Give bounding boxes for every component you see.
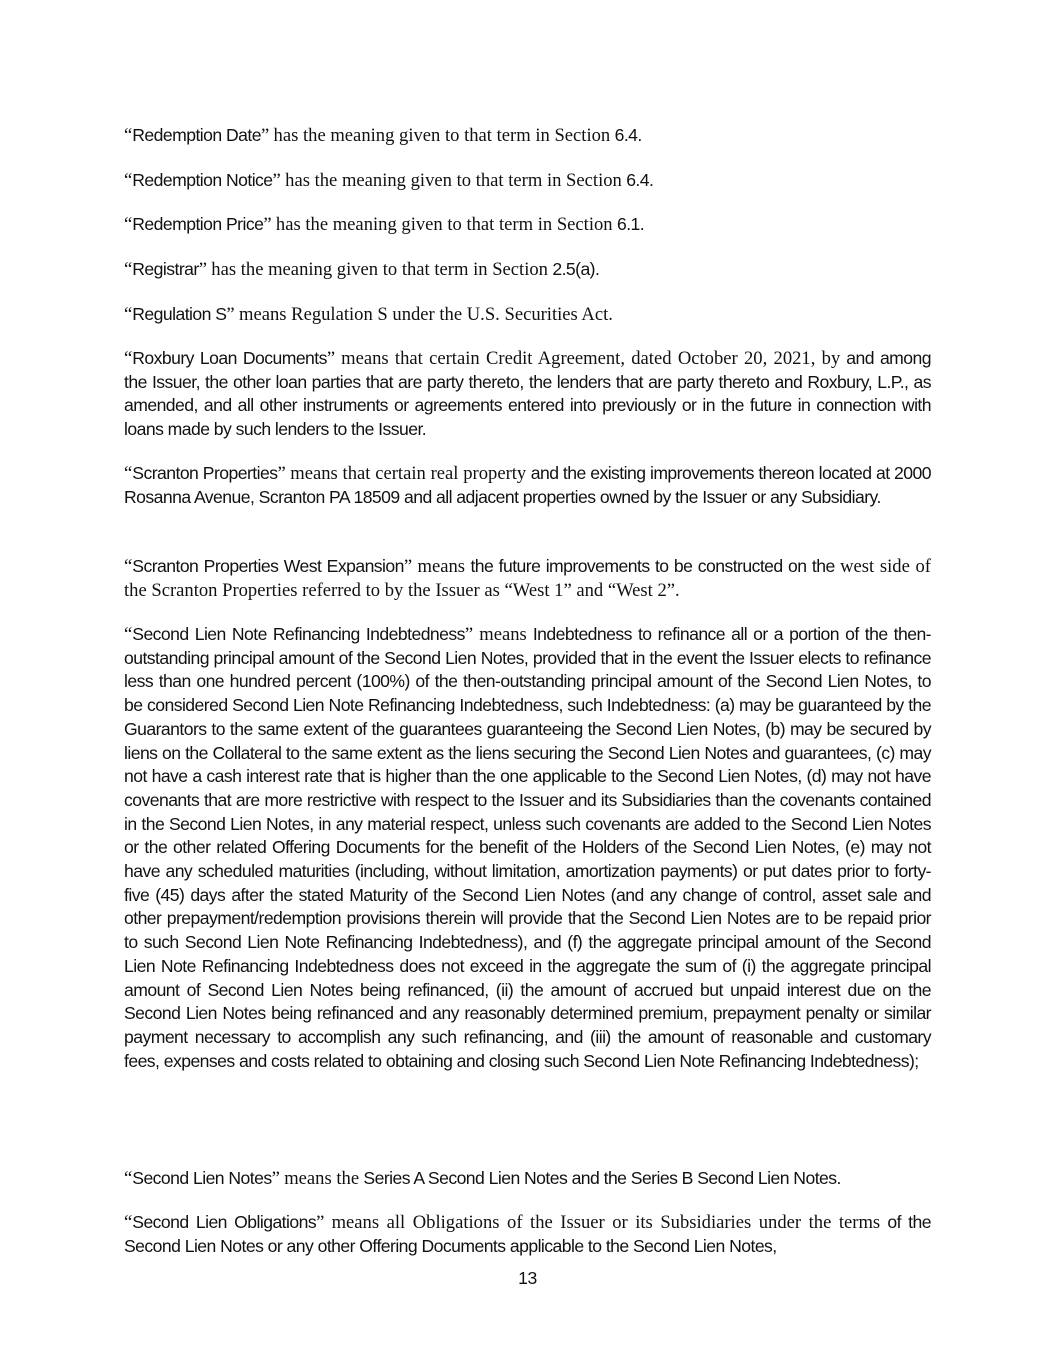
definition-connector: has the meaning given to that term in Se… xyxy=(285,170,622,191)
defined-term: Registrar xyxy=(132,259,198,279)
page-number: 13 xyxy=(0,1268,1055,1289)
document-page: “Redemption Date” has the meaning given … xyxy=(0,0,1055,1365)
close-quote: ” xyxy=(465,624,473,645)
definition-body: Indebtedness to refinance all or a porti… xyxy=(124,624,931,1071)
definition-regulation-s: “Regulation S” means Regulation S under … xyxy=(124,303,931,327)
close-quote: ” xyxy=(277,463,285,484)
close-quote: ” xyxy=(199,259,207,280)
section-reference: 6.1. xyxy=(617,214,644,234)
defined-term: Redemption Price xyxy=(132,214,263,234)
definition-scranton-properties-west-expansion: “Scranton Properties West Expansion” mea… xyxy=(124,555,931,602)
close-quote: ” xyxy=(226,304,234,325)
defined-term: Second Lien Obligations xyxy=(132,1212,316,1232)
definition-body: Series A Second Lien Notes and the Serie… xyxy=(363,1168,840,1188)
definition-second-lien-notes: “Second Lien Notes” means the Series A S… xyxy=(124,1167,931,1191)
defined-term: Roxbury Loan Documents xyxy=(132,348,327,368)
definition-connector: has the meaning given to that term in Se… xyxy=(211,259,548,280)
defined-term: Scranton Properties xyxy=(132,463,277,483)
section-reference: 6.4. xyxy=(626,170,653,190)
section-reference: 6.4. xyxy=(615,125,642,145)
definition-connector: has the meaning given to that term in Se… xyxy=(274,125,611,146)
close-quote: ” xyxy=(273,170,281,191)
definition-roxbury-loan-documents: “Roxbury Loan Documents” means that cert… xyxy=(124,347,931,442)
defined-term: Regulation S xyxy=(132,304,226,324)
close-quote: ” xyxy=(404,556,412,577)
definition-connector: means Regulation S under the U.S. Securi… xyxy=(239,304,613,325)
definition-registrar: “Registrar” has the meaning given to tha… xyxy=(124,258,931,282)
definition-connector: means xyxy=(418,556,466,577)
section-reference: 2.5(a). xyxy=(552,259,599,279)
close-quote: ” xyxy=(261,125,269,146)
defined-term: Redemption Notice xyxy=(132,170,272,190)
defined-term: Redemption Date xyxy=(132,125,261,145)
defined-term: Scranton Properties West Expansion xyxy=(132,556,404,576)
definition-connector: means xyxy=(479,624,527,645)
defined-term: Second Lien Notes xyxy=(132,1168,271,1188)
definition-redemption-notice: “Redemption Notice” has the meaning give… xyxy=(124,169,931,193)
definition-body: the future improvements to be constructe… xyxy=(470,556,834,576)
definition-redemption-price: “Redemption Price” has the meaning given… xyxy=(124,213,931,237)
definition-connector: means all Obligations of the Issuer or i… xyxy=(332,1212,881,1233)
definition-connector: means the xyxy=(284,1168,359,1189)
close-quote: ” xyxy=(263,214,271,235)
definition-second-lien-note-refinancing-indebtedness: “Second Lien Note Refinancing Indebtedne… xyxy=(124,623,931,1073)
definition-connector: has the meaning given to that term in Se… xyxy=(276,214,613,235)
definition-second-lien-obligations: “Second Lien Obligations” means all Obli… xyxy=(124,1211,931,1258)
close-quote: ” xyxy=(316,1212,324,1233)
definition-connector: means that certain Credit Agreement, dat… xyxy=(341,348,840,369)
close-quote: ” xyxy=(272,1168,280,1189)
definition-redemption-date: “Redemption Date” has the meaning given … xyxy=(124,124,931,148)
definition-scranton-properties: “Scranton Properties” means that certain… xyxy=(124,462,931,509)
definition-connector: means that certain real property xyxy=(290,463,526,484)
close-quote: ” xyxy=(327,348,335,369)
defined-term: Second Lien Note Refinancing Indebtednes… xyxy=(132,624,465,644)
